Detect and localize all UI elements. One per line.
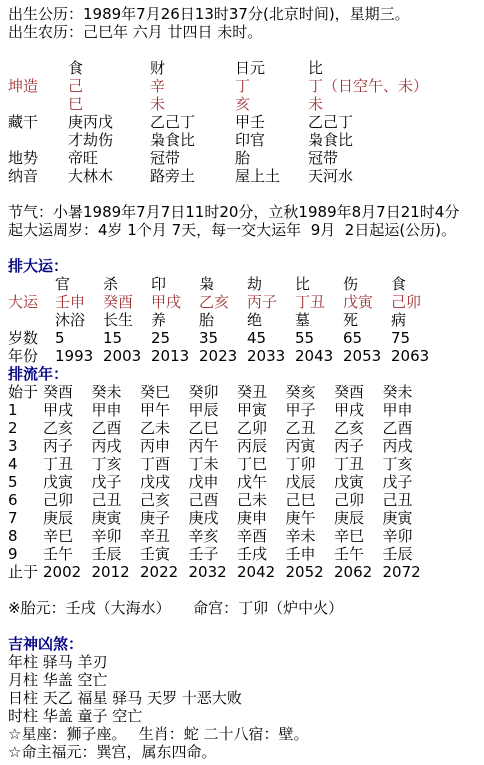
cell: 病: [391, 311, 439, 329]
cell: 官: [55, 275, 103, 293]
table-row: 1甲戌甲申甲午甲辰甲寅甲子甲戌甲申: [8, 401, 431, 419]
table-row: 巳未亥未: [8, 95, 484, 113]
cell: 墓: [295, 311, 343, 329]
cell: 戊子: [92, 473, 141, 491]
cell: 戊辰: [286, 473, 335, 491]
cell: 丙寅: [286, 437, 335, 455]
cell: 丙子: [43, 437, 92, 455]
cell: 甲寅: [237, 401, 286, 419]
cell: 庚戌: [189, 509, 238, 527]
table-row: 官杀印枭劫比伤食: [8, 275, 439, 293]
lunar-birth-line: 出生农历：己巳年 六月 廿四日 未时。: [8, 23, 484, 41]
row-label: 5: [8, 473, 43, 491]
cell: 75: [391, 329, 439, 347]
row-label: 9: [8, 545, 43, 563]
cell: 己卯: [43, 491, 92, 509]
cell: 丁亥: [383, 455, 432, 473]
cell: 壬午: [43, 545, 92, 563]
cell: 戊寅: [343, 293, 391, 311]
row-label: 大运: [8, 293, 55, 311]
cell: 壬申: [286, 545, 335, 563]
cell: 2043: [295, 347, 343, 365]
row-label: 4: [8, 455, 43, 473]
cell: 丙申: [140, 437, 189, 455]
cell: 2033: [247, 347, 295, 365]
cell: 壬戌: [237, 545, 286, 563]
cell: 壬子: [189, 545, 238, 563]
cell: 癸未: [383, 383, 432, 401]
cell: 伤: [343, 275, 391, 293]
cell: 日元: [235, 59, 308, 77]
table-row: 止于20022012202220322042205220622072: [8, 563, 431, 581]
cell: 丙辰: [237, 437, 286, 455]
cell: 庚丙戊: [68, 113, 150, 131]
gregorian-birth-line: 出生公历：1989年7月26日13时37分(北京时间)，星期三。: [8, 5, 484, 23]
cell: 己: [68, 77, 150, 95]
cell: 2013: [151, 347, 199, 365]
cell: 胎: [199, 311, 247, 329]
cell: 甲壬: [235, 113, 308, 131]
cell: 甲戌: [43, 401, 92, 419]
cell: 辛丑: [140, 527, 189, 545]
cell: 食: [68, 59, 150, 77]
cell: 癸酉: [334, 383, 383, 401]
cell: 甲戌: [334, 401, 383, 419]
month-pillar-stars-line: 月柱 华盖 空亡: [8, 671, 484, 689]
row-label: [8, 275, 55, 293]
cell: 癸酉: [103, 293, 151, 311]
spacer: [8, 185, 484, 203]
cell: 2062: [334, 563, 383, 581]
cell: 财: [150, 59, 235, 77]
cell: 壬寅: [140, 545, 189, 563]
cell: 甲申: [383, 401, 432, 419]
row-label: [8, 311, 55, 329]
cell: 庚午: [286, 509, 335, 527]
cell: 丁巳: [237, 455, 286, 473]
row-label: 坤造: [8, 77, 68, 95]
row-label: 6: [8, 491, 43, 509]
cell: 辛巳: [334, 527, 383, 545]
liunian-table: 始于癸酉癸未癸巳癸卯癸丑癸亥癸酉癸未1甲戌甲申甲午甲辰甲寅甲子甲戌甲申2乙亥乙酉…: [8, 383, 431, 581]
cell: 65: [343, 329, 391, 347]
cell: 乙亥: [199, 293, 247, 311]
cell: 丙戌: [383, 437, 432, 455]
dayun-table: 官杀印枭劫比伤食大运壬申癸酉甲戌乙亥丙子丁丑戊寅己卯沐浴长生养胎绝墓死病岁数51…: [8, 275, 439, 365]
table-row: 6己卯己丑己亥己酉己未己巳己卯己丑: [8, 491, 431, 509]
row-label: 3: [8, 437, 43, 455]
cell: 乙酉: [92, 419, 141, 437]
cell: 己未: [237, 491, 286, 509]
table-row: 9壬午壬辰壬寅壬子壬戌壬申壬午壬辰: [8, 545, 431, 563]
cell: 养: [151, 311, 199, 329]
cell: 杀: [103, 275, 151, 293]
table-row: 5戊寅戊子戊戌戊申戊午戊辰戊寅戊子: [8, 473, 431, 491]
cell: 乙己丁: [150, 113, 235, 131]
cell: 丁酉: [140, 455, 189, 473]
cell: 己酉: [189, 491, 238, 509]
row-label: 止于: [8, 563, 43, 581]
row-label: 始于: [8, 383, 43, 401]
cell: 劫: [247, 275, 295, 293]
table-row: 3丙子丙戌丙申丙午丙辰丙寅丙子丙戌: [8, 437, 431, 455]
liunian-section-title: 排流年：: [8, 365, 484, 383]
dayun-section-title: 排大运：: [8, 257, 484, 275]
cell: 乙亥: [43, 419, 92, 437]
cell: 冠带: [150, 149, 235, 167]
row-label: 1: [8, 401, 43, 419]
cell: 帝旺: [68, 149, 150, 167]
cell: 乙巳: [189, 419, 238, 437]
spacer: [8, 617, 484, 635]
cell: 比: [308, 59, 484, 77]
table-row: 7庚辰庚寅庚子庚戌庚申庚午庚辰庚寅: [8, 509, 431, 527]
cell: 己巳: [286, 491, 335, 509]
cell: 己亥: [140, 491, 189, 509]
cell: 2023: [199, 347, 247, 365]
cell: 甲戌: [151, 293, 199, 311]
table-row: 岁数515253545556575: [8, 329, 439, 347]
cell: 戊寅: [334, 473, 383, 491]
cell: 亥: [235, 95, 308, 113]
cell: 路旁土: [150, 167, 235, 185]
table-row: 食财日元比: [8, 59, 484, 77]
row-label: [8, 59, 68, 77]
cell: 戊寅: [43, 473, 92, 491]
cell: 乙亥: [334, 419, 383, 437]
cell: 5: [55, 329, 103, 347]
day-pillar-stars-line: 日柱 天乙 福星 驿马 天罗 十恶大败: [8, 689, 484, 707]
cell: 甲子: [286, 401, 335, 419]
year-pillar-stars-line: 年柱 驿马 羊刃: [8, 653, 484, 671]
four-pillars-table: 食财日元比坤造己辛丁丁（日空午、未）巳未亥未藏干庚丙戊乙己丁甲壬乙己丁才劫伤枭食…: [8, 59, 484, 185]
bazi-report-page: 出生公历：1989年7月26日13时37分(北京时间)，星期三。 出生农历：己巳…: [0, 0, 484, 761]
cell: 丁丑: [334, 455, 383, 473]
cell: 壬午: [334, 545, 383, 563]
cell: 辛巳: [43, 527, 92, 545]
cell: 丙子: [334, 437, 383, 455]
cell: 25: [151, 329, 199, 347]
table-row: 始于癸酉癸未癸巳癸卯癸丑癸亥癸酉癸未: [8, 383, 431, 401]
cell: 壬申: [55, 293, 103, 311]
cell: 大林木: [68, 167, 150, 185]
cell: 辛: [150, 77, 235, 95]
table-row: 才劫伤枭食比印官枭食比: [8, 131, 484, 149]
row-label: [8, 95, 68, 113]
cell: 甲午: [140, 401, 189, 419]
cell: 乙己丁: [308, 113, 484, 131]
cell: 胎: [235, 149, 308, 167]
cell: 枭食比: [150, 131, 235, 149]
cell: 丙戌: [92, 437, 141, 455]
cell: 乙卯: [237, 419, 286, 437]
spacer: [8, 239, 484, 257]
cell: 2002: [43, 563, 92, 581]
cell: 45: [247, 329, 295, 347]
cell: 丁丑: [295, 293, 343, 311]
cell: 未: [150, 95, 235, 113]
cell: 癸丑: [237, 383, 286, 401]
cell: 己卯: [391, 293, 439, 311]
cell: 癸未: [92, 383, 141, 401]
cell: 2072: [383, 563, 432, 581]
row-label: 年份: [8, 347, 55, 365]
cell: 辛亥: [189, 527, 238, 545]
table-row: 大运壬申癸酉甲戌乙亥丙子丁丑戊寅己卯: [8, 293, 439, 311]
cell: 辛未: [286, 527, 335, 545]
row-label: 藏干: [8, 113, 68, 131]
cell: 冠带: [308, 149, 484, 167]
solar-terms-line: 节气：小暑1989年7月7日11时20分，立秋1989年8月7日21时4分: [8, 203, 484, 221]
table-row: 8辛巳辛卯辛丑辛亥辛酉辛未辛巳辛卯: [8, 527, 431, 545]
row-label: 纳音: [8, 167, 68, 185]
cell: 癸巳: [140, 383, 189, 401]
row-label: 8: [8, 527, 43, 545]
cell: 绝: [247, 311, 295, 329]
auspicious-stars-title: 吉神凶煞：: [8, 635, 484, 653]
cell: 丁未: [189, 455, 238, 473]
cell: 2003: [103, 347, 151, 365]
cell: 甲申: [92, 401, 141, 419]
cell: 乙未: [140, 419, 189, 437]
cell: 2022: [140, 563, 189, 581]
row-label: 2: [8, 419, 43, 437]
cell: 壬辰: [383, 545, 432, 563]
spacer: [8, 41, 484, 59]
cell: 己丑: [383, 491, 432, 509]
cell: 癸卯: [189, 383, 238, 401]
cell: 2052: [286, 563, 335, 581]
cell: 己卯: [334, 491, 383, 509]
cell: 戊申: [189, 473, 238, 491]
table-row: 纳音大林木路旁土屋上土天河水: [8, 167, 484, 185]
cell: 辛酉: [237, 527, 286, 545]
cell: 丙午: [189, 437, 238, 455]
row-label: 岁数: [8, 329, 55, 347]
cell: 壬辰: [92, 545, 141, 563]
cell: 辛卯: [383, 527, 432, 545]
cell: 丁: [235, 77, 308, 95]
cell: 死: [343, 311, 391, 329]
cell: 55: [295, 329, 343, 347]
cell: 己丑: [92, 491, 141, 509]
cell: 15: [103, 329, 151, 347]
cell: 未: [308, 95, 484, 113]
cell: 癸酉: [43, 383, 92, 401]
cell: 乙酉: [383, 419, 432, 437]
cell: 庚辰: [43, 509, 92, 527]
cell: 丁卯: [286, 455, 335, 473]
cell: 2032: [189, 563, 238, 581]
cell: 才劫伤: [68, 131, 150, 149]
table-row: 坤造己辛丁丁（日空午、未）: [8, 77, 484, 95]
cell: 2042: [237, 563, 286, 581]
cell: 庚子: [140, 509, 189, 527]
table-row: 4丁丑丁亥丁酉丁未丁巳丁卯丁丑丁亥: [8, 455, 431, 473]
cell: 印: [151, 275, 199, 293]
mingzhu-line: ☆命主福元：巽宫，属东四命。: [8, 743, 484, 761]
row-label: 地势: [8, 149, 68, 167]
cell: 戊戌: [140, 473, 189, 491]
cell: 丁（日空午、未）: [308, 77, 484, 95]
cell: 长生: [103, 311, 151, 329]
table-row: 地势帝旺冠带胎冠带: [8, 149, 484, 167]
cell: 35: [199, 329, 247, 347]
cell: 巳: [68, 95, 150, 113]
cell: 丁丑: [43, 455, 92, 473]
cell: 庚寅: [92, 509, 141, 527]
cell: 天河水: [308, 167, 484, 185]
cell: 枭: [199, 275, 247, 293]
cell: 2012: [92, 563, 141, 581]
cell: 辛卯: [92, 527, 141, 545]
table-row: 沐浴长生养胎绝墓死病: [8, 311, 439, 329]
cell: 甲辰: [189, 401, 238, 419]
dayun-start-line: 起大运周岁：4岁 1个月 7天，每一交大运年 9月 2日起运(公历)。: [8, 221, 484, 239]
cell: 庚辰: [334, 509, 383, 527]
cell: 庚申: [237, 509, 286, 527]
taiyuan-minggong-line: ※胎元：壬戌（大海水） 命宫：丁卯（炉中火）: [8, 599, 484, 617]
cell: 沐浴: [55, 311, 103, 329]
cell: 庚寅: [383, 509, 432, 527]
cell: 2053: [343, 347, 391, 365]
cell: 食: [391, 275, 439, 293]
row-label: 7: [8, 509, 43, 527]
cell: 癸亥: [286, 383, 335, 401]
cell: 印官: [235, 131, 308, 149]
cell: 屋上土: [235, 167, 308, 185]
cell: 2063: [391, 347, 439, 365]
table-row: 藏干庚丙戊乙己丁甲壬乙己丁: [8, 113, 484, 131]
table-row: 年份19932003201320232033204320532063: [8, 347, 439, 365]
row-label: [8, 131, 68, 149]
cell: 戊子: [383, 473, 432, 491]
cell: 比: [295, 275, 343, 293]
cell: 乙丑: [286, 419, 335, 437]
cell: 枭食比: [308, 131, 484, 149]
spacer: [8, 581, 484, 599]
table-row: 2乙亥乙酉乙未乙巳乙卯乙丑乙亥乙酉: [8, 419, 431, 437]
cell: 丁亥: [92, 455, 141, 473]
cell: 戊午: [237, 473, 286, 491]
zodiac-line: ☆星座：狮子座。 生肖：蛇 二十八宿：壁。: [8, 725, 484, 743]
cell: 1993: [55, 347, 103, 365]
cell: 丙子: [247, 293, 295, 311]
hour-pillar-stars-line: 时柱 华盖 童子 空亡: [8, 707, 484, 725]
